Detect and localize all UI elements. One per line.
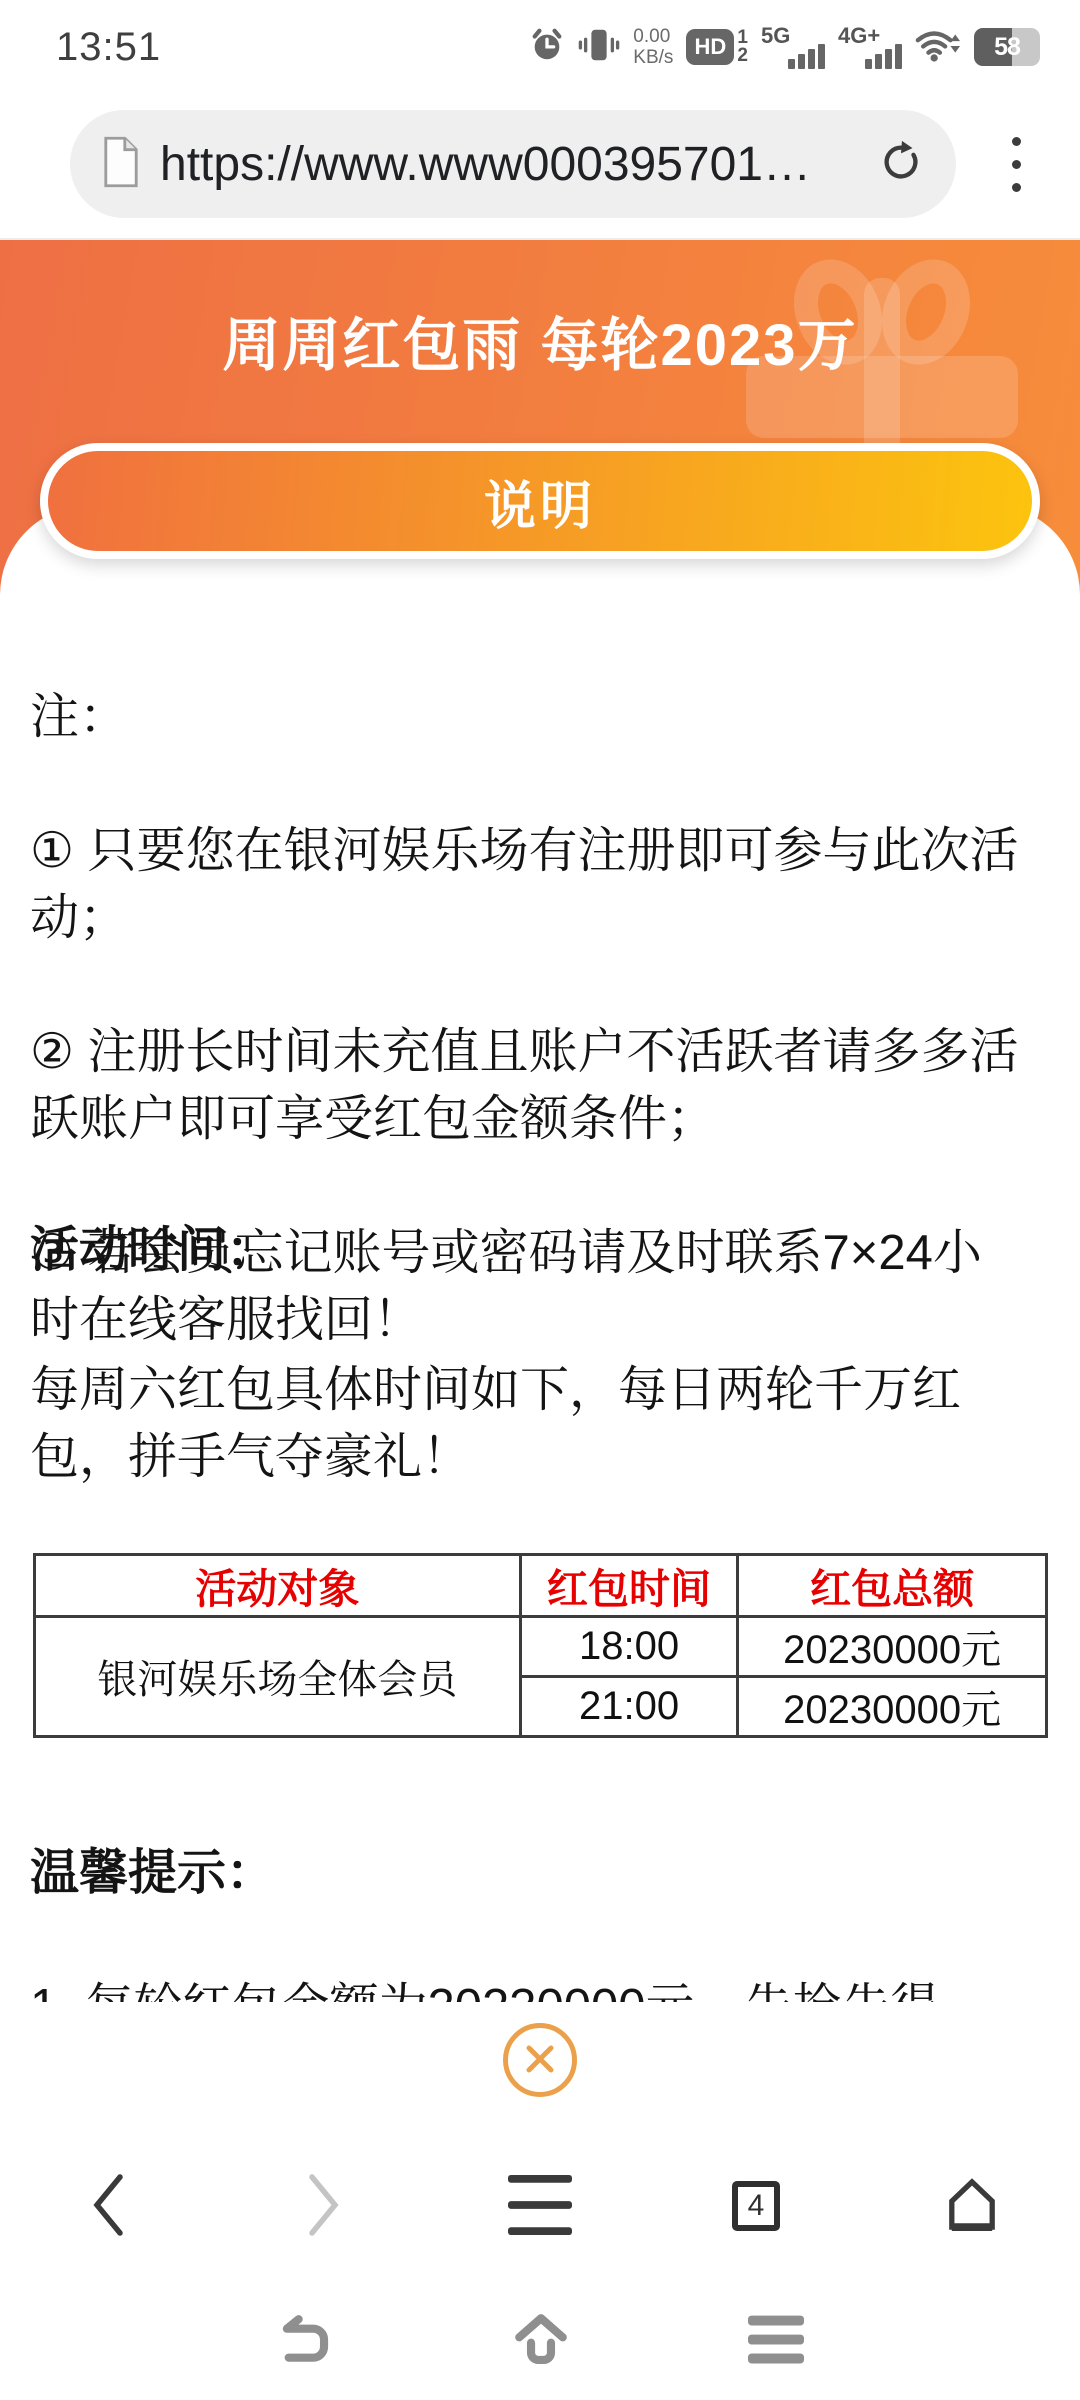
table-header-row: 活动对象 红包时间 红包总额 bbox=[35, 1555, 1047, 1617]
address-pill[interactable]: https://www.www000395701… bbox=[70, 110, 956, 218]
close-icon bbox=[520, 2039, 560, 2082]
table-header-audience: 活动对象 bbox=[35, 1555, 521, 1617]
back-icon bbox=[90, 2173, 126, 2240]
phone-screen: 13:51 0.00 KB/s HD bbox=[0, 0, 1080, 2400]
vibrate-icon bbox=[578, 26, 620, 69]
note-item-1: ① 只要您在银河娱乐场有注册即可参与此次活 动； bbox=[30, 818, 1050, 952]
network-speed: 0.00 KB/s bbox=[633, 26, 673, 68]
system-navbar bbox=[0, 2282, 1080, 2400]
battery-icon: 58 bbox=[974, 28, 1040, 66]
forward-icon bbox=[306, 2173, 342, 2240]
home-icon bbox=[512, 2312, 570, 2371]
table-header-time: 红包时间 bbox=[520, 1555, 738, 1617]
browser-url-bar: https://www.www000395701… bbox=[0, 88, 1080, 240]
table-cell-amount-1: 20230000元 bbox=[738, 1617, 1047, 1677]
tabs-button[interactable]: 4 bbox=[648, 2130, 864, 2282]
system-home-button[interactable] bbox=[512, 2312, 570, 2371]
signal-4g-plus-icon: 4G+ bbox=[838, 23, 902, 71]
alarm-icon bbox=[529, 26, 565, 69]
content-card: 说明 注： ① 只要您在银河娱乐场有注册即可参与此次活 动； ② 注册长时间未充… bbox=[0, 505, 1080, 2130]
activity-table: 活动对象 红包时间 红包总额 银河娱乐场全体会员 18:00 20230000元… bbox=[33, 1553, 1048, 1738]
hd-icon: HD 1 2 bbox=[686, 29, 748, 65]
tip-item-1: 1. 每轮红包金额为20230000元，先抢先得， 抢完为止； bbox=[30, 1974, 1050, 2002]
browser-menu-button[interactable] bbox=[432, 2130, 648, 2282]
tab-count-box: 4 bbox=[732, 2181, 780, 2231]
note-heading: 注： bbox=[30, 684, 1050, 751]
note-item-2: ② 注册长时间未充值且账户不活跃者请多多活 跃账户即可享受红包金额条件； bbox=[30, 1019, 1050, 1153]
return-icon bbox=[276, 2313, 334, 2370]
promo-title: 周周红包雨 每轮2023万 bbox=[0, 298, 1080, 382]
page-content: 注： ① 只要您在银河娱乐场有注册即可参与此次活 动； ② 注册长时间未充值且账… bbox=[0, 505, 1080, 2002]
forward-button[interactable] bbox=[216, 2130, 432, 2282]
tips-block: 温馨提示： 1. 每轮红包金额为20230000元，先抢先得， 抢完为止； 2.… bbox=[30, 1773, 1050, 2002]
activity-time-paragraph: 每周六红包具体时间如下，每日两轮千万红 包，拼手气夺豪礼！ bbox=[30, 1357, 1050, 1491]
clock-time: 13:51 bbox=[56, 25, 161, 70]
table-cell-time-1: 18:00 bbox=[520, 1617, 738, 1677]
page-icon bbox=[102, 136, 140, 193]
table-cell-time-2: 21:00 bbox=[520, 1677, 738, 1737]
refresh-icon[interactable] bbox=[878, 138, 924, 191]
tips-heading: 温馨提示： bbox=[30, 1840, 1050, 1907]
signal-5g-icon: 5G bbox=[761, 23, 825, 71]
table-header-amount: 红包总额 bbox=[738, 1555, 1047, 1617]
notes-block: 注： ① 只要您在银河娱乐场有注册即可参与此次活 动； ② 注册长时间未充值且账… bbox=[30, 617, 1050, 1421]
table-cell-audience: 银河娱乐场全体会员 bbox=[35, 1617, 521, 1737]
menu-lines-icon bbox=[508, 2174, 572, 2239]
home-icon bbox=[947, 2178, 997, 2235]
close-button[interactable] bbox=[503, 2023, 577, 2097]
status-icons: 0.00 KB/s HD 1 2 5G 4G+ bbox=[529, 23, 1040, 71]
wifi-icon bbox=[915, 25, 961, 70]
system-recents-button[interactable] bbox=[748, 2315, 804, 2368]
table-row: 银河娱乐场全体会员 18:00 20230000元 bbox=[35, 1617, 1047, 1677]
recents-icon bbox=[748, 2315, 804, 2368]
system-back-button[interactable] bbox=[276, 2313, 334, 2370]
activity-time-heading: 活动时间： bbox=[30, 1217, 1050, 1284]
browser-menu-icon[interactable] bbox=[996, 116, 1036, 212]
status-bar: 13:51 0.00 KB/s HD bbox=[0, 0, 1080, 88]
url-text: https://www.www000395701… bbox=[160, 137, 878, 192]
browser-home-button[interactable] bbox=[864, 2130, 1080, 2282]
table-cell-amount-2: 20230000元 bbox=[738, 1677, 1047, 1737]
back-button[interactable] bbox=[0, 2130, 216, 2282]
browser-toolbar: 4 bbox=[0, 2130, 1080, 2282]
